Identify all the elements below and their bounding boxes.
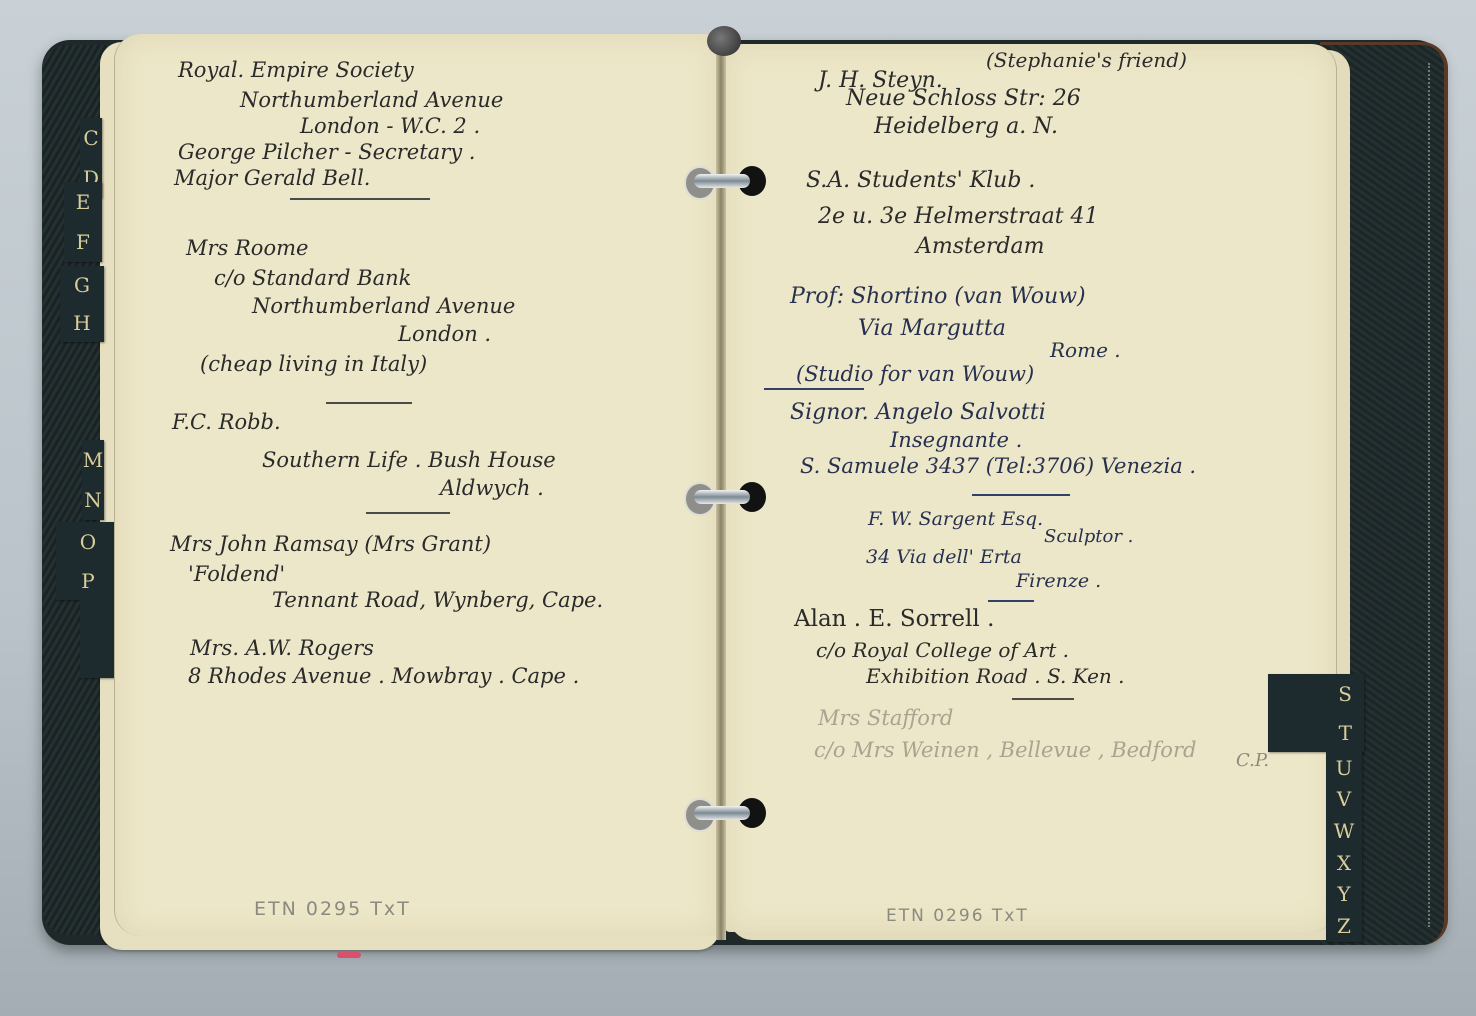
entry-line: C.P. xyxy=(1236,750,1269,771)
entry-divider xyxy=(366,512,450,514)
entry-line: Mrs. A.W. Rogers xyxy=(190,636,374,660)
entry-line: Aldwych . xyxy=(440,476,544,500)
entry-divider xyxy=(972,494,1070,496)
entry-divider xyxy=(290,198,430,200)
entry-line: Mrs John Ramsay (Mrs Grant) xyxy=(170,532,491,556)
entry-line: Northumberland Avenue xyxy=(252,294,515,318)
entry-line: F.C. Robb. xyxy=(172,410,281,434)
entry-line: F. W. Sargent Esq. xyxy=(868,508,1043,530)
entry-line: 2e u. 3e Helmerstraat 41 xyxy=(818,204,1099,229)
entry-line: Exhibition Road . S. Ken . xyxy=(866,664,1125,688)
entry-line: 'Foldend' xyxy=(188,562,285,586)
entry-line: London - W.C. 2 . xyxy=(300,114,480,138)
archive-reference-right: ETN 0296 TxT xyxy=(886,906,1029,926)
entry-line: Firenze . xyxy=(1016,570,1101,592)
tab-u-z[interactable]: U V W X Y Z xyxy=(1326,752,1362,942)
entry-divider xyxy=(764,388,864,390)
entry-line: S. Samuele 3437 (Tel:3706) Venezia . xyxy=(800,454,1196,478)
entry-line: S.A. Students' Klub . xyxy=(806,168,1035,193)
entry-line: Prof: Shortino (van Wouw) xyxy=(790,284,1086,309)
entry-line: c/o Mrs Weinen , Bellevue , Bedford xyxy=(814,738,1196,762)
red-stain xyxy=(337,952,361,958)
binder-ring-bottom xyxy=(680,798,770,828)
entry-line: Tennant Road, Wynberg, Cape. xyxy=(272,588,603,612)
archive-reference-left: ETN 0295 TxT xyxy=(254,898,411,920)
entry-line: Major Gerald Bell. xyxy=(174,166,370,190)
cover-stitching xyxy=(1428,63,1430,927)
binder-clasp xyxy=(707,26,741,56)
entry-line: Rome . xyxy=(1050,338,1121,362)
entry-line: Alan . E. Sorrell . xyxy=(794,606,994,632)
entry-line: c/o Royal College of Art . xyxy=(816,638,1069,662)
binder-ring-top xyxy=(680,166,770,196)
entry-divider xyxy=(326,402,412,404)
entry-line: 34 Via dell' Erta xyxy=(866,546,1022,568)
entry-line: (cheap living in Italy) xyxy=(200,352,427,376)
entry-divider xyxy=(988,600,1034,602)
tab-g-h[interactable]: G H xyxy=(60,266,104,342)
entry-line: Northumberland Avenue xyxy=(240,88,503,112)
entry-line: Signor. Angelo Salvotti xyxy=(790,400,1046,425)
entry-line: Southern Life . Bush House xyxy=(262,448,556,472)
entry-divider xyxy=(1012,698,1074,700)
entry-line: (Studio for van Wouw) xyxy=(796,362,1034,386)
binder-ring-middle xyxy=(680,482,770,512)
tab-o-p[interactable]: O P xyxy=(56,522,120,600)
entry-line: Insegnante . xyxy=(890,428,1022,452)
entry-line: Mrs Roome xyxy=(186,236,308,260)
entry-line: Royal. Empire Society xyxy=(178,58,414,82)
entry-line: c/o Standard Bank xyxy=(214,266,411,290)
entry-line: London . xyxy=(398,322,491,346)
entry-line: (Stephanie's friend) xyxy=(986,48,1187,72)
entry-line: 8 Rhodes Avenue . Mowbray . Cape . xyxy=(188,664,579,688)
entry-line: Heidelberg a. N. xyxy=(874,114,1058,139)
entry-line: George Pilcher - Secretary . xyxy=(178,140,475,164)
entry-line: Sculptor . xyxy=(1044,526,1133,547)
tab-s-t[interactable]: S T xyxy=(1268,674,1364,752)
entry-line: Via Margutta xyxy=(858,316,1006,341)
entry-line: Neue Schloss Str: 26 xyxy=(846,86,1081,111)
tab-m-n[interactable]: M N xyxy=(82,440,104,520)
tab-e-f[interactable]: E F xyxy=(64,182,102,262)
entry-line: Amsterdam xyxy=(916,234,1044,259)
entry-line: Mrs Stafford xyxy=(818,706,953,730)
